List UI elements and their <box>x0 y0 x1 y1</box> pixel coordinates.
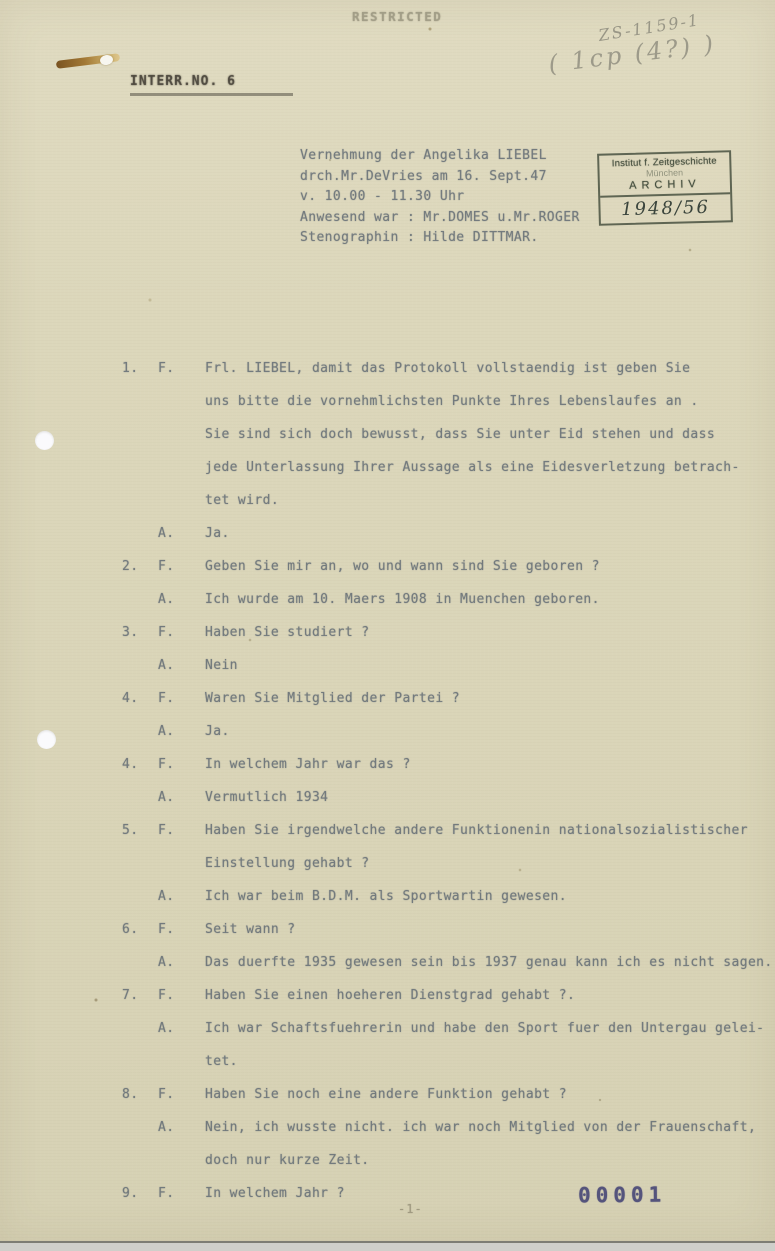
text-line: Seit wann ? <box>205 913 775 946</box>
question-number <box>122 517 158 550</box>
text-line: Ja. <box>205 715 775 748</box>
speaker-label: A. <box>158 781 205 814</box>
qa-text: Haben Sie irgendwelche andere Funktionen… <box>205 814 775 880</box>
text-line: Haben Sie studiert ? <box>205 616 775 649</box>
qa-item: A. Ja. <box>0 517 775 550</box>
qa-text: Vermutlich 1934 <box>205 781 775 814</box>
qa-transcript: 1. F. Frl. LIEBEL, damit das Protokoll v… <box>0 352 775 1210</box>
question-number: 7. <box>122 979 158 1012</box>
question-number <box>122 1111 158 1177</box>
speaker-label: A. <box>158 649 205 682</box>
text-line: Vermutlich 1934 <box>205 781 775 814</box>
interrogation-heading: INTERR.NO. 6 <box>130 74 293 96</box>
speaker-label: A. <box>158 1111 205 1177</box>
interrogation-header-block: Vernehmung der Angelika LIEBEL drch.Mr.D… <box>300 146 580 249</box>
question-number <box>122 649 158 682</box>
qa-text: Das duerfte 1935 gewesen sein bis 1937 g… <box>205 946 775 979</box>
qa-item: 7. F. Haben Sie einen hoeheren Dienstgra… <box>0 979 775 1012</box>
question-number: 5. <box>122 814 158 880</box>
qa-item: A. Nein, ich wusste nicht. ich war noch … <box>0 1111 775 1177</box>
question-number <box>122 1012 158 1078</box>
question-number <box>122 880 158 913</box>
header-line: Anwesend war : Mr.DOMES u.Mr.ROGER <box>300 208 580 229</box>
speaker-label: F. <box>158 814 205 880</box>
document-page: RESTRICTED ZS-1159-1 ( 1cp (4?) ) INTERR… <box>0 0 775 1243</box>
text-line: Sie sind sich doch bewusst, dass Sie unt… <box>205 418 775 451</box>
qa-text: Ich war Schaftsfuehrerin und habe den Sp… <box>205 1012 775 1078</box>
restricted-classification-stamp: RESTRICTED <box>352 9 442 24</box>
text-line: In welchem Jahr ? <box>205 1177 775 1210</box>
text-line: Einstellung gehabt ? <box>205 847 775 880</box>
question-number: 8. <box>122 1078 158 1111</box>
text-line: Ich wurde am 10. Maers 1908 in Muenchen … <box>205 583 775 616</box>
text-line: Geben Sie mir an, wo und wann sind Sie g… <box>205 550 775 583</box>
header-line: drch.Mr.DeVries am 16. Sept.47 <box>300 167 580 188</box>
qa-text: In welchem Jahr ? <box>205 1177 775 1210</box>
archive-stamp-number: 1948/56 <box>600 192 731 223</box>
paper-tear-highlight <box>99 54 114 66</box>
qa-item: A. Nein <box>0 649 775 682</box>
question-number: 6. <box>122 913 158 946</box>
qa-text: Nein <box>205 649 775 682</box>
qa-item: A. Ich wurde am 10. Maers 1908 in Muench… <box>0 583 775 616</box>
qa-text: Haben Sie studiert ? <box>205 616 775 649</box>
speaker-label: F. <box>158 352 205 517</box>
speaker-label: A. <box>158 946 205 979</box>
qa-text: Geben Sie mir an, wo und wann sind Sie g… <box>205 550 775 583</box>
question-number: 9. <box>122 1177 158 1210</box>
text-line: doch nur kurze Zeit. <box>205 1144 775 1177</box>
qa-item: A. Vermutlich 1934 <box>0 781 775 814</box>
question-number: 4. <box>122 682 158 715</box>
question-number: 1. <box>122 352 158 517</box>
qa-item: 5. F. Haben Sie irgendwelche andere Funk… <box>0 814 775 880</box>
speaker-label: F. <box>158 550 205 583</box>
qa-item: A. Ja. <box>0 715 775 748</box>
qa-item: 4. F. In welchem Jahr war das ? <box>0 748 775 781</box>
qa-text: Ich wurde am 10. Maers 1908 in Muenchen … <box>205 583 775 616</box>
qa-item: 3. F. Haben Sie studiert ? <box>0 616 775 649</box>
speaker-label: A. <box>158 880 205 913</box>
qa-text: Frl. LIEBEL, damit das Protokoll vollsta… <box>205 352 775 517</box>
text-line: Nein <box>205 649 775 682</box>
text-line: tet. <box>205 1045 775 1078</box>
qa-item: 1. F. Frl. LIEBEL, damit das Protokoll v… <box>0 352 775 517</box>
archive-stamp: Institut f. Zeitgeschichte München ARCHI… <box>597 150 733 225</box>
text-line: Ich war beim B.D.M. als Sportwartin gewe… <box>205 880 775 913</box>
qa-item: 8. F. Haben Sie noch eine andere Funktio… <box>0 1078 775 1111</box>
scan-edge <box>0 1243 775 1251</box>
qa-text: Ja. <box>205 715 775 748</box>
speaker-label: F. <box>158 979 205 1012</box>
speaker-label: F. <box>158 1177 205 1210</box>
question-number: 4. <box>122 748 158 781</box>
text-line: Haben Sie irgendwelche andere Funktionen… <box>205 814 775 847</box>
text-line: Nein, ich wusste nicht. ich war noch Mit… <box>205 1111 775 1144</box>
text-line: tet wird. <box>205 484 775 517</box>
page-number: -1- <box>398 1202 423 1216</box>
question-number <box>122 946 158 979</box>
speaker-label: F. <box>158 913 205 946</box>
text-line: Ja. <box>205 517 775 550</box>
qa-text: In welchem Jahr war das ? <box>205 748 775 781</box>
text-line: Haben Sie einen hoeheren Dienstgrad geha… <box>205 979 775 1012</box>
serial-number-stamp: 00001 <box>578 1183 666 1208</box>
text-line: Das duerfte 1935 gewesen sein bis 1937 g… <box>205 946 775 979</box>
qa-text: Ich war beim B.D.M. als Sportwartin gewe… <box>205 880 775 913</box>
question-number: 2. <box>122 550 158 583</box>
speaker-label: F. <box>158 748 205 781</box>
qa-text: Haben Sie einen hoeheren Dienstgrad geha… <box>205 979 775 1012</box>
speaker-label: A. <box>158 1012 205 1078</box>
qa-item: 6. F. Seit wann ? <box>0 913 775 946</box>
qa-item: 4. F. Waren Sie Mitglied der Partei ? <box>0 682 775 715</box>
text-line: uns bitte die vornehmlichsten Punkte Ihr… <box>205 385 775 418</box>
qa-item: A. Ich war Schaftsfuehrerin und habe den… <box>0 1012 775 1078</box>
qa-text: Haben Sie noch eine andere Funktion geha… <box>205 1078 775 1111</box>
question-number <box>122 583 158 616</box>
text-line: Waren Sie Mitglied der Partei ? <box>205 682 775 715</box>
text-line: Frl. LIEBEL, damit das Protokoll vollsta… <box>205 352 775 385</box>
qa-text: Waren Sie Mitglied der Partei ? <box>205 682 775 715</box>
header-line: Vernehmung der Angelika LIEBEL <box>300 146 580 167</box>
qa-text: Nein, ich wusste nicht. ich war noch Mit… <box>205 1111 775 1177</box>
qa-item: 2. F. Geben Sie mir an, wo und wann sind… <box>0 550 775 583</box>
question-number <box>122 715 158 748</box>
question-number: 3. <box>122 616 158 649</box>
speaker-label: F. <box>158 1078 205 1111</box>
speaker-label: A. <box>158 715 205 748</box>
question-number <box>122 781 158 814</box>
speaker-label: A. <box>158 517 205 550</box>
qa-text: Ja. <box>205 517 775 550</box>
qa-item: A. Ich war beim B.D.M. als Sportwartin g… <box>0 880 775 913</box>
speaker-label: F. <box>158 682 205 715</box>
text-line: Ich war Schaftsfuehrerin und habe den Sp… <box>205 1012 775 1045</box>
speaker-label: A. <box>158 583 205 616</box>
text-line: Haben Sie noch eine andere Funktion geha… <box>205 1078 775 1111</box>
text-line: In welchem Jahr war das ? <box>205 748 775 781</box>
header-line: Stenographin : Hilde DITTMAR. <box>300 228 580 249</box>
header-line: v. 10.00 - 11.30 Uhr <box>300 187 580 208</box>
qa-item: A. Das duerfte 1935 gewesen sein bis 193… <box>0 946 775 979</box>
speaker-label: F. <box>158 616 205 649</box>
text-line: jede Unterlassung Ihrer Aussage als eine… <box>205 451 775 484</box>
qa-text: Seit wann ? <box>205 913 775 946</box>
